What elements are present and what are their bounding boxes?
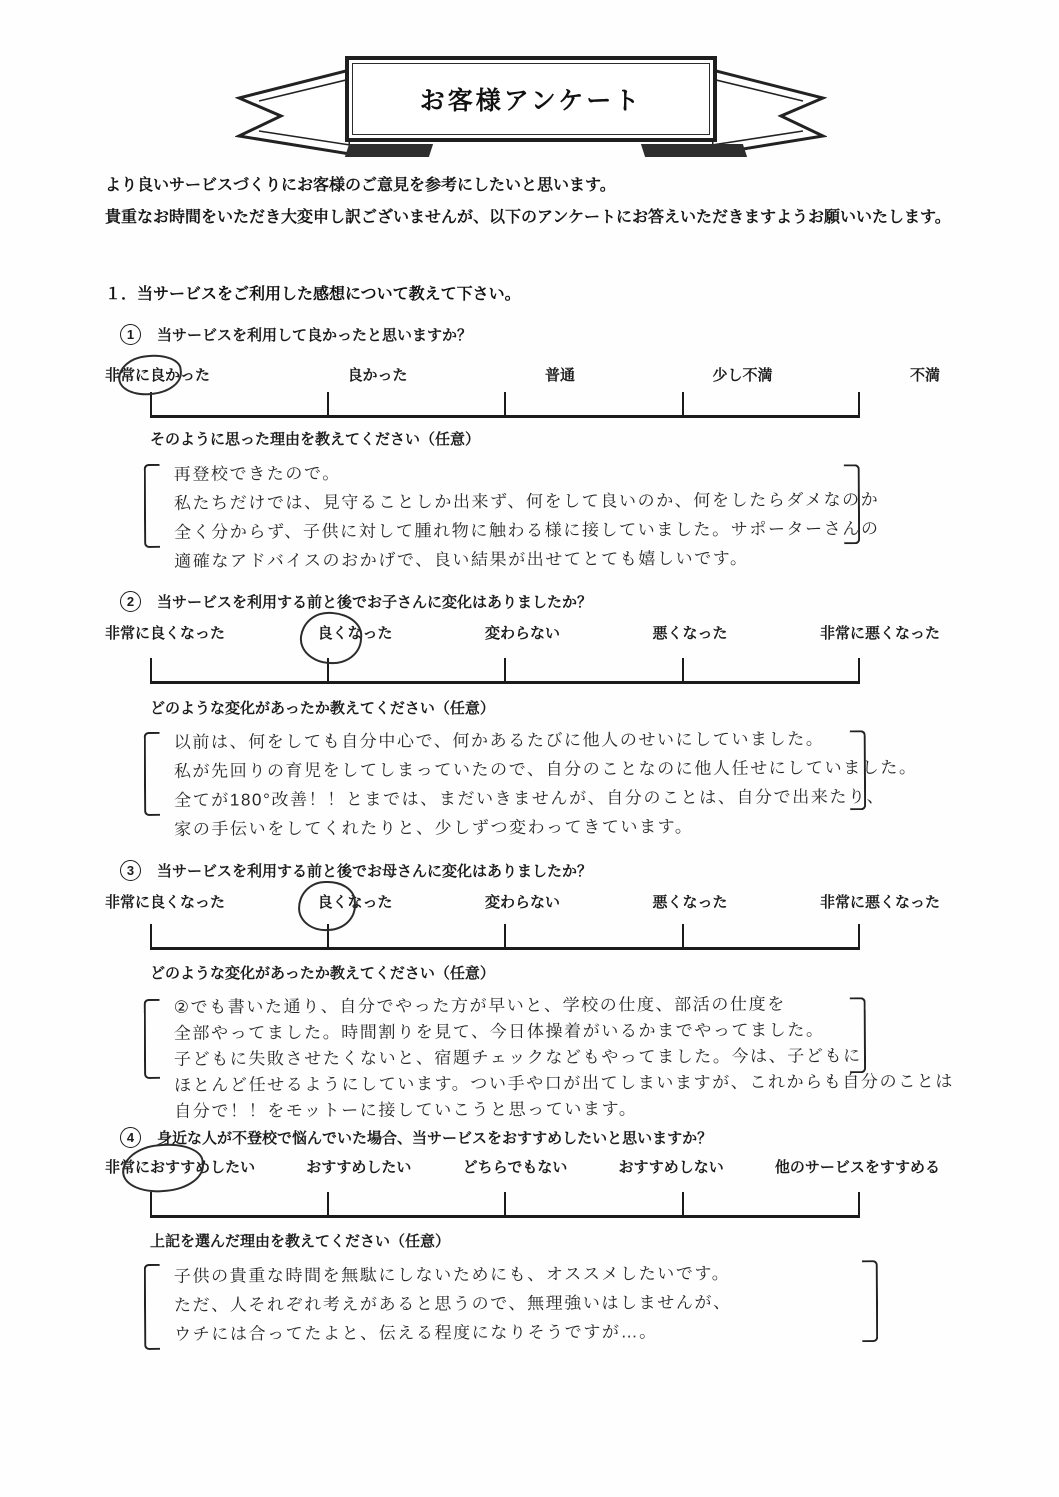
question-2-answer-block: 以前は、何をしても自分中心で、何かあるたびに他人のせいにしていました。 私が先回… [150,724,893,844]
handwritten-line: 私が先回りの育児をしてしまっていたので、自分のことなのに他人任せにしていました。 [150,753,892,786]
page-title: お客様アンケート [420,81,643,117]
handwritten-line: 家の手伝いをしてくれたりと、少しずつ変わってきています。 [150,811,892,844]
title-banner: お客様アンケート [235,56,827,168]
scale-tick [682,658,684,681]
scale-tick [150,924,152,947]
handwritten-line: 以前は、何をしても自分中心で、何かあるたびに他人のせいにしていました。 [150,724,892,757]
handwritten-line: 全く分からず、子供に対して腫れ物に触わる様に接していました。サポーターさんの [150,514,892,547]
scale-tick [858,392,860,415]
question-2-followup-prompt: どのような変化があったか教えてください（任意） [150,697,495,718]
question-2-scale [150,658,860,684]
option-label: 悪くなった [652,622,727,643]
question-4-heading: 4 身近な人が不登校で悩んでいた場合、当サービスをおすすめしたいと思いますか？ [120,1127,712,1148]
option-label: 非常に悪くなった [820,622,940,643]
ribbon-tail-left-icon [235,64,350,156]
question-3-number: 3 [120,860,141,881]
scale-tick [504,658,506,681]
scanned-survey-page: お客様アンケート より良いサービスづくりにお客様のご意見を参考にしたいと思います… [0,0,1059,1497]
answer-bracket-right [850,730,866,810]
question-3-scale [150,924,860,950]
option-label: 非常に良くなった [105,891,225,912]
question-2-label: 当サービスを利用する前と後でお子さんに変化はありましたか？ [157,591,592,612]
handwritten-line: 全部やってました。時間割りを見て、今日体操着がいるかまでやってました。 [150,1017,892,1047]
question-4-answer-block: 子供の貴重な時間を無駄にしないためにも、オススメしたいです。 ただ、人それぞれ考… [150,1258,892,1349]
answer-bracket-left [144,1264,160,1350]
answer-bracket-right [850,997,866,1073]
option-label: おすすめしない [619,1156,724,1177]
option-label: どちらでもない [463,1156,568,1177]
scale-tick [858,1192,860,1215]
handwritten-line: ②でも書いた通り、自分でやった方が早いと、学校の仕度、部活の仕度を [150,991,892,1021]
ribbon-fold-right [641,144,747,157]
option-label: 変わらない [485,622,560,643]
question-4-label: 身近な人が不登校で悩んでいた場合、当サービスをおすすめしたいと思いますか？ [157,1127,712,1148]
answer-bracket-left [144,999,160,1079]
scale-tick [150,1192,152,1215]
selected-option-circle [120,1141,206,1196]
question-4-options: 非常におすすめしたい おすすめしたい どちらでもない おすすめしない 他のサービ… [105,1156,940,1177]
handwritten-line: 自分で！！をモットーに接していこうと思っています。 [150,1095,892,1125]
scale-tick [858,924,860,947]
question-4-scale [150,1192,860,1218]
handwritten-line: 子どもに失敗させたくないと、宿題チェックなどもやってました。今は、子どもに [150,1043,892,1073]
handwritten-line: 再登校できたので。 [150,456,892,489]
question-2-heading: 2 当サービスを利用する前と後でお子さんに変化はありましたか？ [120,591,592,612]
scale-tick [150,392,152,415]
question-1-options: 非常に良かった 良かった 普通 少し不満 不満 [105,364,940,385]
handwritten-line: 私たちだけでは、見守ることしか出来ず、何をして良いのか、何をしたらダメなのか [150,485,892,518]
scale-tick [504,392,506,415]
option-label: 変わらない [485,891,560,912]
scale-tick [682,924,684,947]
scale-tick [858,658,860,681]
handwritten-line: ウチには合ってたよと、伝える程度になりそうですが…。 [150,1316,892,1349]
ribbon-tail-right-icon [712,64,827,156]
intro-line-1: より良いサービスづくりにお客様のご意見を参考にしたいと思います。 [105,172,616,195]
option-label: 悪くなった [652,891,727,912]
banner-box: お客様アンケート [345,56,717,142]
scale-tick [682,1192,684,1215]
option-label: 良かった [347,364,407,385]
question-4-number: 4 [120,1127,141,1148]
answer-bracket-left [144,732,160,816]
handwritten-line: 子供の貴重な時間を無駄にしないためにも、オススメしたいです。 [150,1258,892,1291]
question-3-heading: 3 当サービスを利用する前と後でお母さんに変化はありましたか？ [120,860,592,881]
handwritten-line: ただ、人それぞれ考えがあると思うので、無理強いはしませんが、 [150,1287,892,1320]
question-1-number: 1 [120,324,141,345]
handwritten-line: 全てが180°改善！！とまでは、まだいきませんが、自分のことは、自分で出来たり、 [150,782,892,815]
question-1-followup-prompt: そのように思った理由を教えてください（任意） [150,428,480,449]
option-label: 不満 [910,364,940,385]
option-label: 普通 [545,364,575,385]
question-3-label: 当サービスを利用する前と後でお母さんに変化はありましたか？ [157,860,592,881]
handwritten-line: ほとんど任せるようにしています。つい手や口が出てしまいますが、これからも自分のこ… [150,1069,892,1099]
question-3-answer-block: ②でも書いた通り、自分でやった方が早いと、学校の仕度、部活の仕度を 全部やってま… [150,991,893,1125]
question-1-label: 当サービスを利用して良かったと思いますか？ [157,324,472,345]
question-2-options: 非常に良くなった 良くなった 変わらない 悪くなった 非常に悪くなった [105,622,940,643]
question-4-followup-prompt: 上記を選んだ理由を教えてください（任意） [150,1230,450,1251]
scale-tick [150,658,152,681]
scale-tick [327,1192,329,1215]
option-label: 非常に悪くなった [820,891,940,912]
question-1-answer-block: 再登校できたので。 私たちだけでは、見守ることしか出来ず、何をして良いのか、何を… [150,456,893,576]
scale-tick [682,392,684,415]
question-3-followup-prompt: どのような変化があったか教えてください（任意） [150,962,495,983]
question-1-heading: 1 当サービスを利用して良かったと思いますか？ [120,324,472,345]
question-3-options: 非常に良くなった 良くなった 変わらない 悪くなった 非常に悪くなった [105,891,940,912]
option-label: 少し不満 [712,364,772,385]
scale-tick [327,392,329,415]
option-label: 非常に良くなった [105,622,225,643]
intro-line-2: 貴重なお時間をいただき大変申し訳ございませんが、以下のアンケートにお答えいただき… [105,204,951,227]
scale-tick [504,924,506,947]
answer-bracket-left [144,464,160,548]
ribbon-fold-left [345,144,433,157]
section-heading: １．当サービスをご利用した感想について教えて下さい。 [105,281,521,304]
option-label: 他のサービスをすすめる [775,1156,940,1177]
handwritten-line: 適確なアドバイスのおかげで、良い結果が出せてとても嬉しいです。 [150,543,892,576]
answer-bracket-right [862,1260,878,1342]
question-1-scale [150,392,860,418]
question-2-number: 2 [120,591,141,612]
option-label: おすすめしたい [306,1156,411,1177]
answer-bracket-right [844,464,860,544]
scale-tick [504,1192,506,1215]
